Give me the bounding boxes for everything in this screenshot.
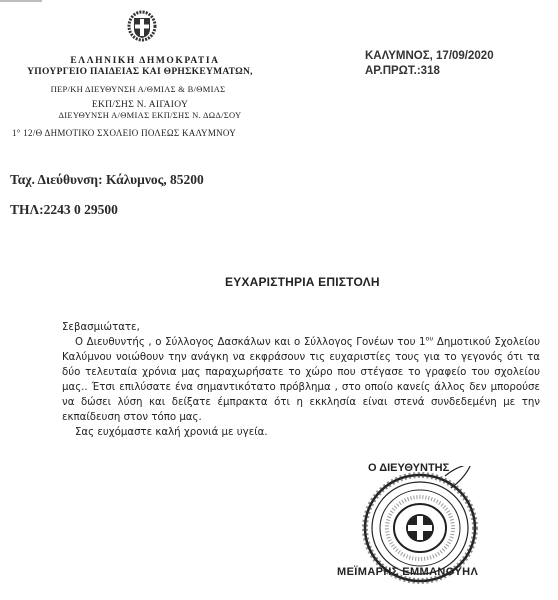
postal-address: Ταχ. Διεύθυνση: Κάλυμνος, 85200 (10, 172, 204, 188)
header-aegean: ΕΚΠ/ΣΗΣ Ν. ΑΙΓΑΙΟΥ (60, 100, 220, 110)
signatory-name: ΜΕΪΜΑΡΗΣ ΕΜΜΑΝΟΥΗΛ (337, 566, 478, 578)
letter-body: Σεβασμιώτατε, Ο Διευθυντής , ο Σύλλογος … (62, 320, 540, 440)
header-regional-directorate: ΠΕΡ/ΚΗ ΔΙΕΥΘΥΝΣΗ Α/ΘΜΙΑΣ & Β/ΘΜΙΑΣ (28, 84, 248, 94)
header-school-name: 1° 12/Θ ΔΗΜΟΤΙΚΟ ΣΧΟΛΕΙΟ ΠΟΛΕΩΣ ΚΑΛΥΜΝΟΥ (12, 128, 282, 138)
phone-number: ΤΗΛ:2243 0 29500 (10, 202, 118, 218)
main-paragraph: Ο Διευθυντής , ο Σύλλογος Δασκάλων και ο… (62, 335, 540, 425)
closing-line: Σας ευχόμαστε καλή χρονιά με υγεία. (62, 425, 540, 440)
place-date: ΚΑΛΥΜΝΟΣ, 17/09/2020 (365, 50, 494, 62)
letter-title: ΕΥΧΑΡΙΣΤΗΡΙΑ ΕΠΙΣΤΟΛΗ (225, 275, 380, 289)
protocol-number: ΑΡ.ΠΡΩΤ.:318 (365, 65, 440, 77)
header-ministry: ΥΠΟΥΡΓΕΙΟ ΠΑΙΔΕΙΑΣ ΚΑΙ ΘΡΗΣΚΕΥΜΑΤΩΝ, (20, 67, 260, 77)
greek-coat-of-arms-icon (127, 10, 157, 46)
header-directorate: ΔΙΕΥΘΥΝΣΗ Α/ΘΜΙΑΣ ΕΚΠ/ΣΗΣ Ν. ΔΩΔ/ΣΟΥ (40, 110, 260, 120)
header-republic: ΕΛΛΗΝΙΚΗ ΔΗΜΟΚΡΑΤΙΑ (55, 56, 235, 66)
scan-artifact (0, 0, 42, 2)
signatory-title: Ο ΔΙΕΥΘΥΝΤΗΣ (368, 462, 449, 474)
salutation: Σεβασμιώτατε, (62, 320, 540, 335)
